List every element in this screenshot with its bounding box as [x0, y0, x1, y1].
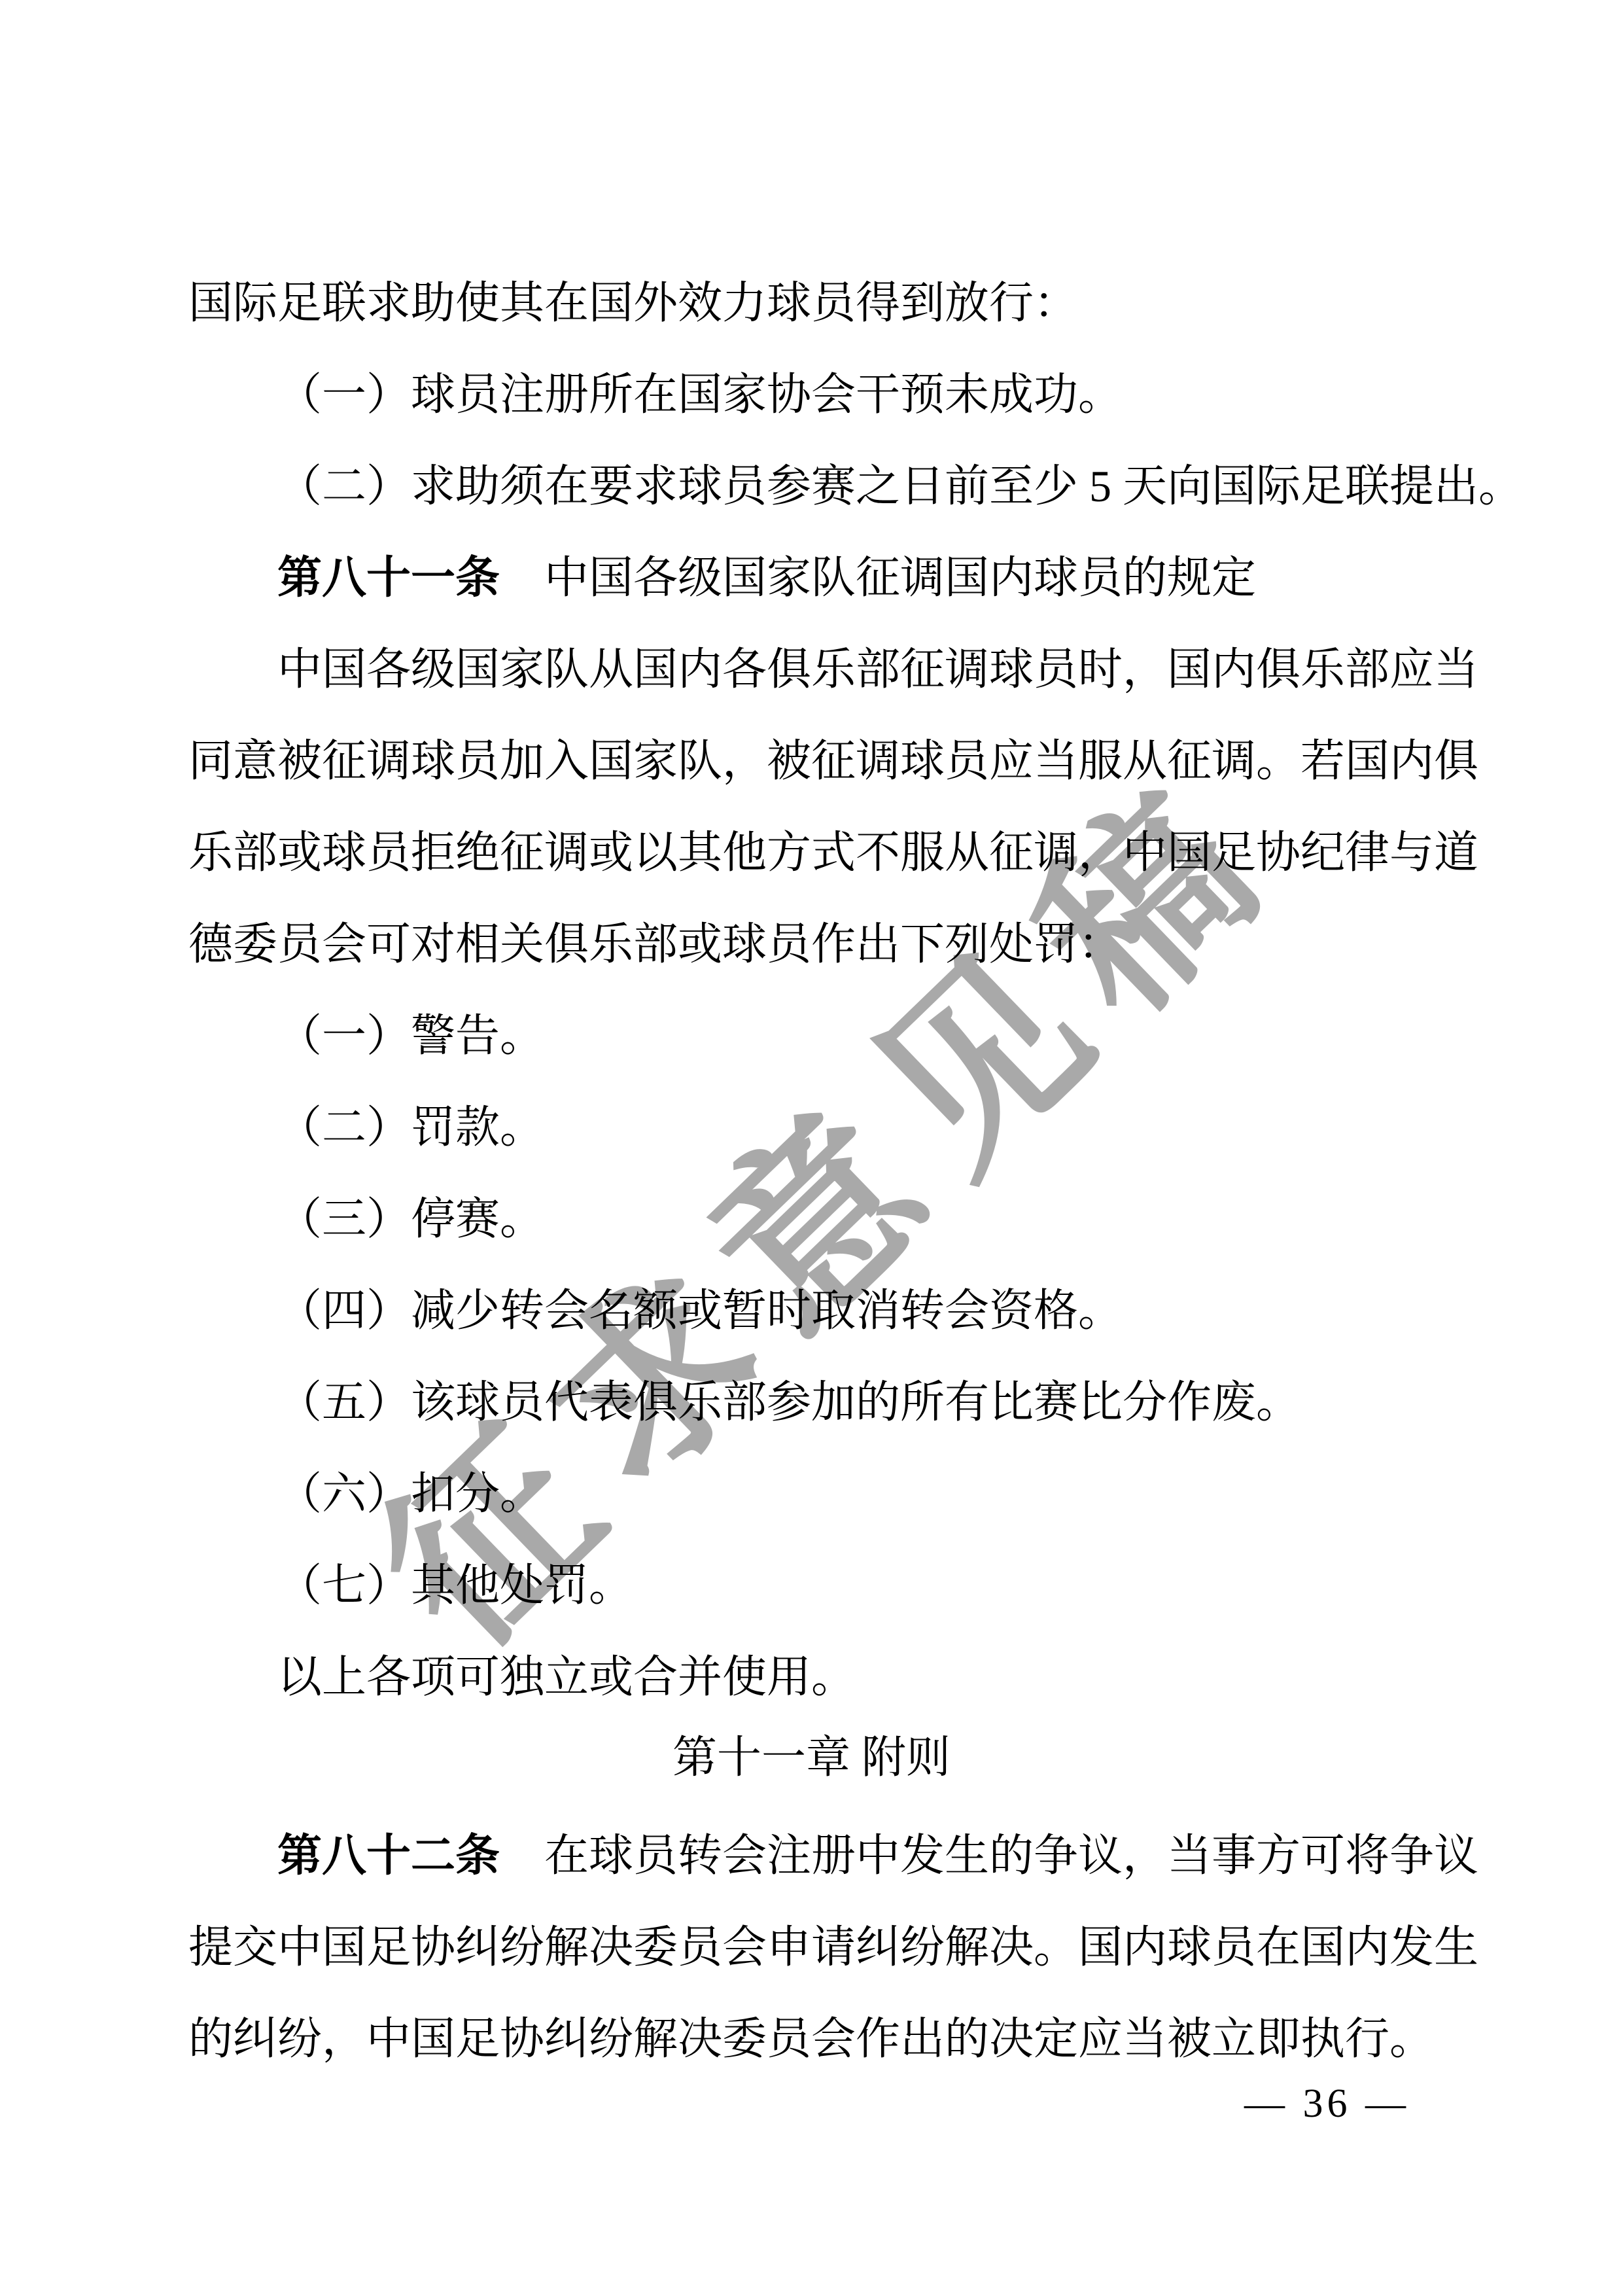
article-number: 第八十一条 — [277, 553, 500, 603]
text-line: 德委员会可对相关俱乐部或球员作出下列处罚： — [188, 919, 1123, 969]
article-text: 在球员转会注册中发生的争议，当事方可将争议 — [544, 1831, 1478, 1881]
text-line: 的纠纷，中国足协纠纷解决委员会作出的决定应当被立即执行。 — [188, 2014, 1434, 2064]
article-title: 中国各级国家队征调国内球员的规定 — [544, 553, 1256, 603]
list-item: （一）警告。 — [188, 1011, 544, 1061]
text-line: 提交中国足协纠纷解决委员会申请纠纷解决。国内球员在国内发生 — [188, 1922, 1478, 1972]
list-item: （五）该球员代表俱乐部参加的所有比赛比分作废。 — [188, 1377, 1300, 1427]
list-item: （六）扣分。 — [188, 1469, 544, 1519]
text-line: 中国各级国家队从国内各俱乐部征调球员时，国内俱乐部应当 — [188, 645, 1478, 694]
article-number: 第八十二条 — [277, 1831, 500, 1881]
list-item: （七）其他处罚。 — [188, 1561, 633, 1610]
article-line: 第八十二条在球员转会注册中发生的争议，当事方可将争议 — [188, 1831, 1478, 1881]
list-item: （二）求助须在要求球员参赛之日前至少 5 天向国际足联提出。 — [188, 461, 1523, 511]
article-line: 第八十一条中国各级国家队征调国内球员的规定 — [188, 553, 1256, 603]
text-line: 以上各项可独立或合并使用。 — [188, 1652, 856, 1702]
text-line: 同意被征调球员加入国家队，被征调球员应当服从征调。若国内俱 — [188, 736, 1478, 786]
document-page: 征求意见稿 国际足联求助使其在国外效力球员得到放行： （一）球员注册所在国家协会… — [0, 0, 1623, 2296]
text-line: 乐部或球员拒绝征调或以其他方式不服从征调，中国足协纪律与道 — [188, 828, 1478, 877]
list-item: （二）罚款。 — [188, 1103, 544, 1152]
list-item: （四）减少转会名额或暂时取消转会资格。 — [188, 1286, 1123, 1335]
chapter-heading: 第十一章 附则 — [0, 1733, 1623, 1782]
page-number: — 36 — — [1244, 2082, 1410, 2125]
text-line: 国际足联求助使其在国外效力球员得到放行： — [188, 278, 1078, 328]
list-item: （三）停赛。 — [188, 1194, 544, 1244]
list-item: （一）球员注册所在国家协会干预未成功。 — [188, 370, 1123, 419]
document-content: 国际足联求助使其在国外效力球员得到放行： （一）球员注册所在国家协会干预未成功。… — [0, 0, 1623, 2296]
